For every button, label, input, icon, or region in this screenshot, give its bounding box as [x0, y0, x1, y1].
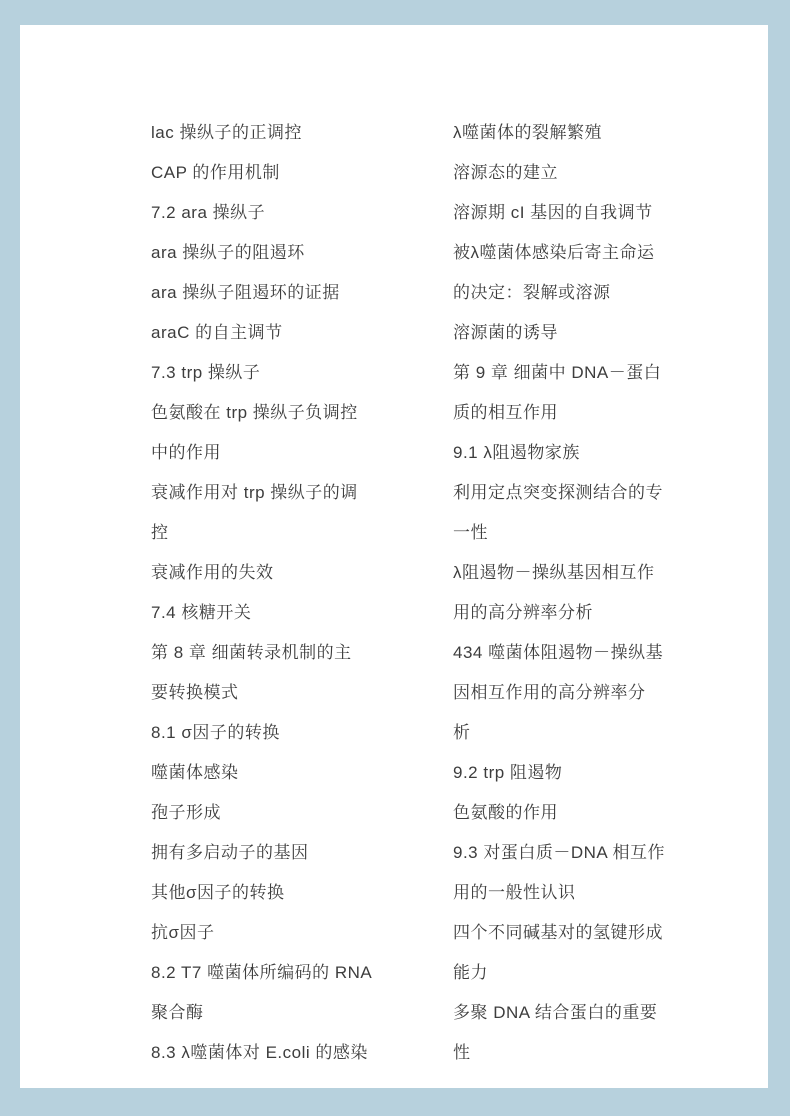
toc-line: 性 [453, 1033, 753, 1073]
toc-line: ara 操纵子的阻遏环 [151, 233, 451, 273]
toc-line: 8.1 σ因子的转换 [151, 713, 451, 753]
toc-line: 衰减作用对 trp 操纵子的调 [151, 473, 451, 513]
book-page: lac 操纵子的正调控CAP 的作用机制7.2 ara 操纵子ara 操纵子的阻… [20, 25, 768, 1088]
toc-line: 7.2 ara 操纵子 [151, 193, 451, 233]
toc-line: 色氨酸的作用 [453, 793, 753, 833]
toc-line: 析 [453, 713, 753, 753]
toc-line: 溶源菌的诱导 [453, 313, 753, 353]
toc-column-right: λ噬菌体的裂解繁殖溶源态的建立溶源期 cI 基因的自我调节被λ噬菌体感染后寄主命… [453, 113, 753, 1073]
toc-line: 拥有多启动子的基因 [151, 833, 451, 873]
toc-line: 用的高分辨率分析 [453, 593, 753, 633]
toc-line: 控 [151, 513, 451, 553]
toc-line: λ噬菌体的裂解繁殖 [453, 113, 753, 153]
toc-column-left: lac 操纵子的正调控CAP 的作用机制7.2 ara 操纵子ara 操纵子的阻… [151, 113, 451, 1073]
toc-line: 能力 [453, 953, 753, 993]
toc-line: 的决定：裂解或溶源 [453, 273, 753, 313]
toc-line: 质的相互作用 [453, 393, 753, 433]
toc-line: 因相互作用的高分辨率分 [453, 673, 753, 713]
toc-line: 7.4 核糖开关 [151, 593, 451, 633]
toc-line: 多聚 DNA 结合蛋白的重要 [453, 993, 753, 1033]
toc-line: 9.3 对蛋白质－DNA 相互作 [453, 833, 753, 873]
toc-line: 第 8 章 细菌转录机制的主 [151, 633, 451, 673]
toc-line: 噬菌体感染 [151, 753, 451, 793]
toc-line: 抗σ因子 [151, 913, 451, 953]
toc-line: 中的作用 [151, 433, 451, 473]
toc-line: 用的一般性认识 [453, 873, 753, 913]
screenshot-root: lac 操纵子的正调控CAP 的作用机制7.2 ara 操纵子ara 操纵子的阻… [0, 0, 790, 1116]
toc-line: 8.2 T7 噬菌体所编码的 RNA [151, 953, 451, 993]
toc-line: 孢子形成 [151, 793, 451, 833]
toc-line: ara 操纵子阻遏环的证据 [151, 273, 451, 313]
toc-line: 衰减作用的失效 [151, 553, 451, 593]
toc-line: 一性 [453, 513, 753, 553]
toc-line: 色氨酸在 trp 操纵子负调控 [151, 393, 451, 433]
toc-line: 聚合酶 [151, 993, 451, 1033]
toc-line: 9.2 trp 阻遏物 [453, 753, 753, 793]
toc-line: 被λ噬菌体感染后寄主命运 [453, 233, 753, 273]
toc-line: 四个不同碱基对的氢键形成 [453, 913, 753, 953]
toc-line: araC 的自主调节 [151, 313, 451, 353]
toc-line: 利用定点突变探测结合的专 [453, 473, 753, 513]
toc-line: 第 9 章 细菌中 DNA－蛋白 [453, 353, 753, 393]
toc-line: λ阻遏物－操纵基因相互作 [453, 553, 753, 593]
toc-line: 7.3 trp 操纵子 [151, 353, 451, 393]
toc-line: 要转换模式 [151, 673, 451, 713]
toc-line: 溶源态的建立 [453, 153, 753, 193]
toc-line: 8.3 λ噬菌体对 E.coli 的感染 [151, 1033, 451, 1073]
toc-line: 其他σ因子的转换 [151, 873, 451, 913]
toc-line: CAP 的作用机制 [151, 153, 451, 193]
toc-line: 9.1 λ阻遏物家族 [453, 433, 753, 473]
toc-line: lac 操纵子的正调控 [151, 113, 451, 153]
toc-line: 溶源期 cI 基因的自我调节 [453, 193, 753, 233]
toc-line: 434 噬菌体阻遏物－操纵基 [453, 633, 753, 673]
